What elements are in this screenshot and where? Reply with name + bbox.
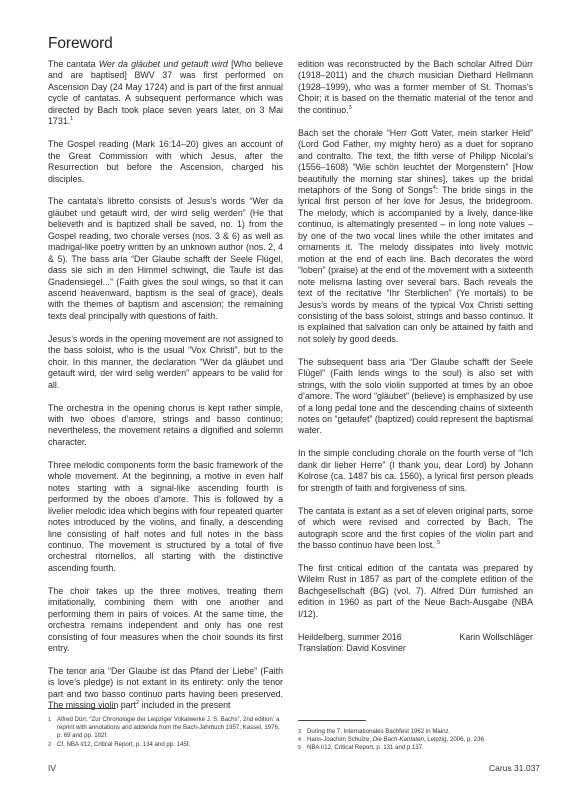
paragraph-orchestra: The orchestra in the opening chorus is k… <box>48 403 283 449</box>
footnote-text: Hans-Joachim Schulze, Die Bach-Kantaten,… <box>307 736 533 744</box>
footnote-divider <box>48 708 116 709</box>
paragraph-opening-movement: Jesus’s words in the opening movement ar… <box>48 334 283 391</box>
paragraph-sources: The cantata is extant as a set of eleven… <box>298 506 533 552</box>
page-number: IV <box>48 763 56 773</box>
paragraph-reconstruction: edition was reconstructed by the Bach sc… <box>298 59 533 116</box>
text: Hans-Joachim Schulze, <box>307 736 373 743</box>
signature-line: Heildelberg, summer 2016 Karin Wollschlä… <box>298 632 533 643</box>
text: : The bride sings in the lyrical first p… <box>298 185 533 344</box>
footnote-ref[interactable]: 3 <box>349 105 352 111</box>
right-column: edition was reconstructed by the Bach sc… <box>298 59 533 654</box>
footnote-number: 1 <box>48 716 57 741</box>
footnotes-right: 3 During the 7. Internationales Bachfest… <box>298 720 533 753</box>
footnote-number: 4 <box>298 736 307 744</box>
text: edition was reconstructed by the Bach sc… <box>298 59 533 115</box>
catalog-number: Carus 31.037 <box>489 763 540 773</box>
footnote-text: During the 7. Internationales Bachfest 1… <box>307 728 533 736</box>
footnote-text: Cf. NBA I/12, Critical Report, p. 134 an… <box>57 741 283 749</box>
footnote-number: 5 <box>298 744 307 752</box>
left-column: The cantata Wer da gläubet und getauft w… <box>48 59 283 723</box>
footnote-3: 3 During the 7. Internationales Bachfest… <box>298 728 533 736</box>
paragraph-choir: The choir takes up the three motives, tr… <box>48 586 283 655</box>
paragraph-chorale-duet: Bach set the chorale “Herr Gott Vater, m… <box>298 128 533 346</box>
cantata-title: Wer da gläubet und getauft wird <box>99 59 228 69</box>
paragraph-editions: The first critical edition of the cantat… <box>298 563 533 620</box>
text: , Leipzig, 2006, p. 236. <box>424 736 486 743</box>
paragraph-tenor-aria: The tenor aria “Der Glaube ist das Pfand… <box>48 666 283 712</box>
paragraph-concluding-chorale: In the simple concluding chorale on the … <box>298 448 533 494</box>
footnote-2: 2 Cf. NBA I/12, Critical Report, p. 134 … <box>48 741 283 749</box>
text: [Who believe and are baptised] BWV 37 wa… <box>48 59 283 126</box>
paragraph-melodic-components: Three melodic components form the basic … <box>48 460 283 575</box>
page-title: Foreword <box>48 35 113 53</box>
translator-credit: Translation: David Kosviner <box>298 643 533 654</box>
footnote-divider <box>298 720 366 721</box>
footnote-4: 4 Hans-Joachim Schulze, Die Bach-Kantate… <box>298 736 533 744</box>
footnote-ref[interactable]: 5 <box>437 540 440 546</box>
paragraph-intro: The cantata Wer da gläubet und getauft w… <box>48 59 283 128</box>
footnotes-left: 1 Alfred Dürr, “Zur Chronologie der Leip… <box>48 708 283 749</box>
footnote-number: 2 <box>48 741 57 749</box>
footnote-5: 5 NBA I/12, Critical Report, p. 131 and … <box>298 744 533 752</box>
text: The cantata is extant as a set of eleven… <box>298 506 533 550</box>
paragraph-bass-aria: The subsequent bass aria “Der Glaube sch… <box>298 357 533 437</box>
paragraph-libretto: The cantata’s libretto consists of Jesus… <box>48 196 283 322</box>
text: The cantata <box>48 59 99 69</box>
footnote-1: 1 Alfred Dürr, “Zur Chronologie der Leip… <box>48 716 283 741</box>
footnote-text: NBA I/12, Critical Report, p. 131 and p.… <box>307 744 533 752</box>
footnote-number: 3 <box>298 728 307 736</box>
place-date: Heildelberg, summer 2016 <box>298 632 402 643</box>
footnote-ref[interactable]: 1 <box>70 116 73 122</box>
footnote-text: Alfred Dürr, “Zur Chronologie der Leipzi… <box>57 716 283 741</box>
paragraph-gospel: The Gospel reading (Mark 16:14–20) gives… <box>48 139 283 185</box>
author-name: Karin Wollschläger <box>459 632 533 643</box>
book-title: Die Bach-Kantaten <box>373 736 424 743</box>
